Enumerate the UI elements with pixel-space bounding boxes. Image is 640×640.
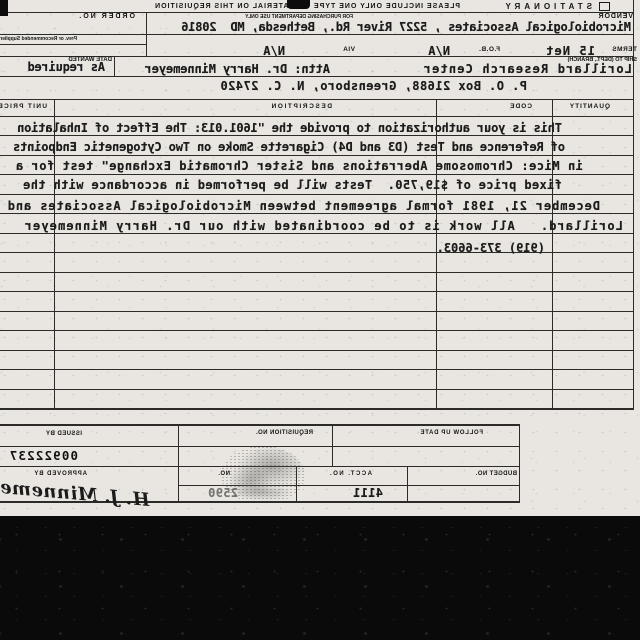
table-line [0, 99, 634, 100]
col-unit-price: UNIT PRICE [0, 103, 47, 110]
table-line [0, 330, 634, 331]
footer-line [332, 424, 333, 466]
description-line: of Reference and Test (D3 and D4) Cigare… [13, 140, 565, 154]
ship-to-value: Lorillard Research Center [423, 62, 632, 76]
scan-artifact-corner [0, 0, 8, 16]
approval-signature: H. J. Minnemeyer [0, 474, 151, 511]
table-line [0, 174, 634, 175]
acct-no-label: ACCT. NO. [329, 471, 373, 477]
scan-black-band [0, 516, 640, 640]
table-line [0, 311, 634, 312]
attn-value: Attn: Dr. Harry Minnemeyer [145, 62, 330, 76]
description-line: in Mice: Chromosome Aberrations and Sist… [15, 159, 583, 173]
fob-label: F.O.B. [479, 46, 500, 53]
col-quantity: QUANTITY [569, 103, 610, 110]
description-line: December 21, 1981 formal agreement betwe… [7, 199, 600, 213]
table-line [0, 155, 634, 156]
date-wanted-value: As required [28, 60, 105, 74]
document-page: STATIONARY PLEASE INCLUDE ONLY ONE TYPE … [0, 0, 640, 516]
fob-value: N/A [428, 44, 450, 58]
table-bottom-border [0, 408, 634, 410]
footer-line [407, 466, 408, 502]
requisition-no-label: REQUISITION NO. [256, 430, 313, 436]
follow-up-date-label: FOLLOW UP DATE [420, 430, 483, 436]
mirrored-scan-wrapper: STATIONARY PLEASE INCLUDE ONLY ONE TYPE … [0, 0, 640, 640]
table-line [0, 369, 634, 370]
table-line [0, 135, 634, 136]
table-line [0, 389, 634, 390]
via-label: VIA [343, 46, 355, 53]
terms-value: 15 Net [545, 44, 595, 58]
table-line [0, 350, 634, 351]
approved-by-label: APPROVED BY [33, 471, 87, 477]
rule-line [0, 44, 147, 45]
stationary-checkbox [599, 2, 610, 11]
col-code: CODE [509, 103, 532, 110]
acct-no-value: 4111 [353, 486, 383, 500]
table-line [0, 291, 634, 292]
footer-line [0, 424, 520, 426]
table-line [0, 194, 634, 195]
prev-supplier-label: Prev. or Recommended Supplier [0, 36, 77, 42]
budget-no-label: BUDGET NO. [475, 471, 517, 477]
fingerprint-smudge [221, 446, 305, 504]
description-line: fixed price of $19,750. Tests will be pe… [23, 178, 562, 192]
footer-line [519, 424, 520, 502]
order-no-label: ORDER NO. [77, 13, 135, 20]
terms-label: TERMS [612, 46, 637, 53]
scanned-requisition-screenshot: STATIONARY PLEASE INCLUDE ONLY ONE TYPE … [0, 0, 640, 640]
table-line [0, 116, 634, 118]
description-line: Lorillard. All work is to be coordinated… [24, 219, 623, 233]
rule-line [114, 56, 115, 76]
footer-line [178, 424, 179, 502]
stationary-label: STATIONARY [501, 2, 592, 11]
table-line [0, 213, 634, 214]
col-description: DESCRIPTION [270, 103, 332, 110]
address-line: P. O. Box 21688, Greensboro, N. C. 27420 [220, 79, 527, 93]
table-line [0, 272, 634, 273]
unit-price-mark: -·· [31, 143, 45, 152]
rule-line [146, 12, 147, 57]
bates-number: 00922237 [9, 448, 78, 463]
via-value: N/A [263, 44, 285, 58]
vendor-value: Microbiological Associates , 5227 River … [181, 20, 631, 34]
description-line: This is your authorization to provide th… [17, 121, 562, 135]
issued-by-label: ISSUED BY [46, 431, 82, 437]
scan-artifact-blob [287, 0, 310, 9]
description-line: (919) 373-6603. [437, 241, 545, 255]
